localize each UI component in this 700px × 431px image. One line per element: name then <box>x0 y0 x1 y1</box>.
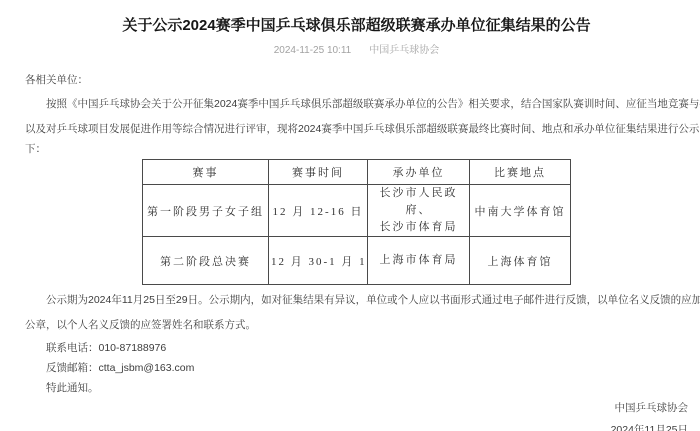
salutation: 各相关单位： <box>25 74 688 87</box>
cell-event-stage2: 第二阶段总决赛 <box>143 237 269 285</box>
publisher-name: 中国乒乓球协会 <box>369 45 439 56</box>
header-event: 赛事 <box>143 160 269 185</box>
cell-host-stage2: 上海市体育局 <box>368 237 470 285</box>
intro-paragraph: 按照《中国乒乓球协会关于公开征集2024赛季中国乒乓球俱乐部超级联赛承办单位的公… <box>25 92 688 156</box>
header-venue: 比赛地点 <box>470 160 571 185</box>
signature-date: 2024年11月25日 <box>25 424 688 431</box>
intro-line-2: 以及对乒乓球项目发展促进作用等综合情况进行评审，现将2024赛季中国乒乓球俱乐部… <box>25 117 688 142</box>
schedule-table-header: 赛事 赛事时间 承办单位 比赛地点 <box>143 160 571 185</box>
meta-line: 2024-11-25 10:11中国乒乓球协会 <box>25 45 688 57</box>
table-header-row: 赛事 赛事时间 承办单位 比赛地点 <box>143 160 571 185</box>
table-row: 第一阶段男子女子组 12 月 12-16 日 长沙市人民政府、 长沙市体育局 中… <box>143 185 571 237</box>
notice-line-1: 公示期为2024年11月25日至29日。公示期内，如对征集结果有异议，单位或个人… <box>25 288 688 313</box>
cell-time-stage2: 12 月 30-1 月 1 日 <box>269 237 368 285</box>
announcement-page: 关于公示2024赛季中国乒乓球俱乐部超级联赛承办单位征集结果的公告 2024-1… <box>0 0 700 431</box>
publish-datetime: 2024-11-25 10:11 <box>274 45 351 56</box>
cell-event-stage1: 第一阶段男子女子组 <box>143 185 269 237</box>
schedule-table: 赛事 赛事时间 承办单位 比赛地点 第一阶段男子女子组 12 月 12-16 日… <box>142 159 571 285</box>
cell-time-stage1: 12 月 12-16 日 <box>269 185 368 237</box>
header-time: 赛事时间 <box>269 160 368 185</box>
intro-line-1: 按照《中国乒乓球协会关于公开征集2024赛季中国乒乓球俱乐部超级联赛承办单位的公… <box>25 92 688 117</box>
cell-host-stage1: 长沙市人民政府、 长沙市体育局 <box>368 185 470 237</box>
notice-paragraph: 公示期为2024年11月25日至29日。公示期内，如对征集结果有异议，单位或个人… <box>25 288 688 338</box>
header-host: 承办单位 <box>368 160 470 185</box>
signature-org: 中国乒乓球协会 <box>25 402 688 415</box>
intro-line-3: 下： <box>25 142 688 156</box>
contact-email: 反馈邮箱：ctta_jsbm@163.com <box>25 358 688 378</box>
closing-line: 特此通知。 <box>25 378 688 398</box>
contact-phone: 联系电话：010-87188976 <box>25 338 688 358</box>
table-row: 第二阶段总决赛 12 月 30-1 月 1 日 上海市体育局 上海体育馆 <box>143 237 571 285</box>
notice-line-2: 公章，以个人名义反馈的应签署姓名和联系方式。 <box>25 313 688 338</box>
signature-block: 中国乒乓球协会 2024年11月25日 <box>25 402 688 431</box>
cell-venue-stage1: 中南大学体育馆 <box>470 185 571 237</box>
page-title: 关于公示2024赛季中国乒乓球俱乐部超级联赛承办单位征集结果的公告 <box>25 16 688 36</box>
cell-venue-stage2: 上海体育馆 <box>470 237 571 285</box>
